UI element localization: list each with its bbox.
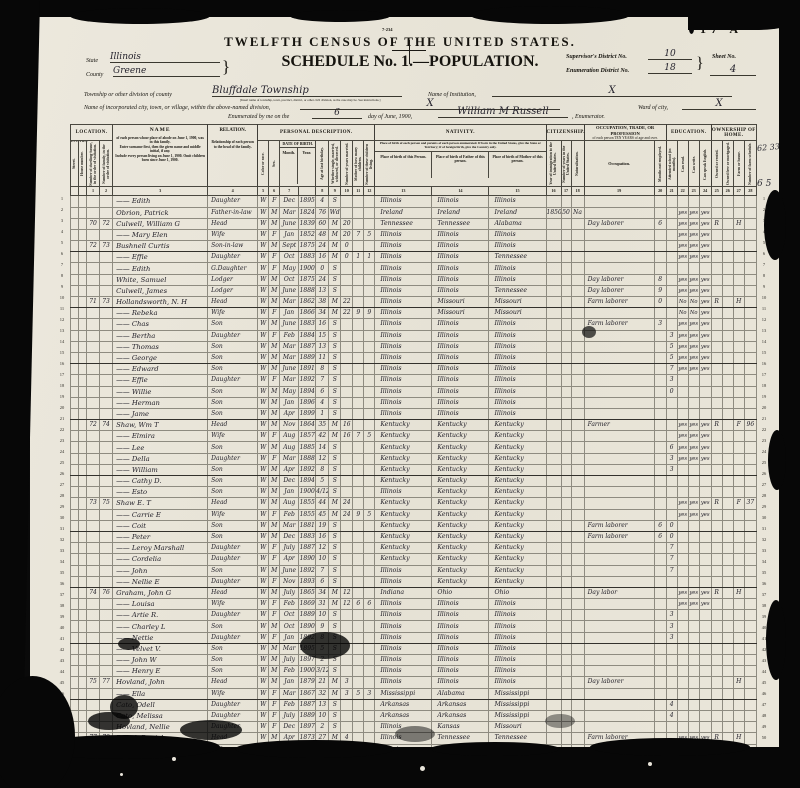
- cell-ag: 60: [316, 218, 329, 229]
- cell-mn: [654, 666, 666, 677]
- row-number: 23: [759, 435, 769, 446]
- cell-dw: [87, 341, 100, 352]
- cell-bm: Kentucky: [489, 543, 546, 554]
- cell-oh: [711, 252, 722, 263]
- table-row: —— EffieDaughterWFMar18927SIllinoisIllin…: [71, 375, 757, 386]
- row-number: 19: [759, 391, 769, 402]
- cell-rd: yes: [677, 330, 688, 341]
- cell-bf: Illinois: [432, 319, 489, 330]
- cell-rl: Son: [208, 655, 258, 666]
- cell-of: [722, 386, 733, 397]
- cell-wr: yes: [688, 587, 699, 598]
- cell-sc: [666, 420, 677, 431]
- cell-ag: 21: [316, 677, 329, 688]
- cell-st: [71, 576, 79, 587]
- cell-wr: yes: [688, 498, 699, 509]
- cell-of: [722, 677, 733, 688]
- cell-sc: 3: [666, 632, 677, 643]
- cell-bf: Kentucky: [432, 431, 489, 442]
- enumeration-district-label: Enumeration District No.: [566, 68, 629, 74]
- cell-dw: [87, 509, 100, 520]
- cell-mc: [353, 554, 364, 565]
- cell-fs: [744, 688, 756, 699]
- cell-fs: [744, 655, 756, 666]
- cell-sx: F: [269, 330, 280, 341]
- cell-bf: Kentucky: [432, 565, 489, 576]
- cell-mn: [654, 386, 666, 397]
- cell-nm: —— Mary Elen: [113, 229, 208, 240]
- cell-mc: [353, 297, 364, 308]
- cell-dw: [87, 252, 100, 263]
- cell-fs: [744, 397, 756, 408]
- home-title: OWNERSHIP OF HOME.: [712, 128, 756, 138]
- row-number: 9: [57, 281, 67, 292]
- cell-hn: [79, 509, 87, 520]
- cell-st: [71, 464, 79, 475]
- cell-mn: [654, 207, 666, 218]
- ink-blot: [88, 712, 130, 730]
- cell-mn: 8: [654, 274, 666, 285]
- cell-ms: M: [329, 218, 341, 229]
- cell-na: [571, 196, 584, 207]
- cell-ms: S: [329, 520, 341, 531]
- cell-rl: Daughter: [208, 252, 258, 263]
- cell-en: [699, 621, 711, 632]
- cell-of: [722, 498, 733, 509]
- children-living-column-header: Number of these children living.: [364, 141, 375, 187]
- cell-sx: F: [269, 710, 280, 721]
- cell-im: [546, 576, 561, 587]
- cell-cl: [364, 375, 375, 386]
- cell-bp: Kentucky: [375, 531, 432, 542]
- cell-yu: 50: [561, 207, 571, 218]
- cell-im: [546, 364, 561, 375]
- cell-rl: Son: [208, 341, 258, 352]
- cell-im: [546, 397, 561, 408]
- cell-mo: Dec: [280, 531, 299, 542]
- cell-yr: 1883: [299, 531, 316, 542]
- cell-mn: [654, 610, 666, 621]
- cell-mo: June: [280, 565, 299, 576]
- cell-mo: July: [280, 587, 299, 598]
- cell-bm: Missouri: [489, 297, 546, 308]
- cell-fh: [733, 688, 744, 699]
- cell-ag: 38: [316, 297, 329, 308]
- cell-st: [71, 229, 79, 240]
- column-number: 19: [584, 187, 654, 196]
- marital-label: Whether single, married, widowed, or div…: [331, 142, 339, 186]
- cell-rd: [677, 621, 688, 632]
- cell-en: [699, 710, 711, 721]
- cell-hn: [79, 487, 87, 498]
- county-label: County: [86, 72, 103, 78]
- citizenship-group-header: CITIZENSHIP.: [546, 125, 584, 141]
- township-label: Township or other division of county: [84, 92, 172, 98]
- cell-na: [571, 297, 584, 308]
- cell-hn: [79, 274, 87, 285]
- cell-ag: 16: [316, 531, 329, 542]
- cell-wr: [688, 699, 699, 710]
- cell-rl: Daughter: [208, 330, 258, 341]
- cell-bf: Illinois: [432, 599, 489, 610]
- cell-ym: [341, 274, 353, 285]
- cell-fm: 74: [100, 420, 113, 431]
- cell-yr: 1889: [299, 610, 316, 621]
- row-number: 11: [759, 303, 769, 314]
- cell-mo: Dec: [280, 476, 299, 487]
- cell-mn: [654, 565, 666, 576]
- state-label: State: [86, 58, 98, 64]
- cell-rd: [677, 397, 688, 408]
- cell-bf: Tennessee: [432, 218, 489, 229]
- cell-mo: May: [280, 263, 299, 274]
- cell-bf: Illinois: [432, 252, 489, 263]
- cell-na: [571, 621, 584, 632]
- cell-cl: [364, 464, 375, 475]
- cell-of: [722, 196, 733, 207]
- cell-ag: 12: [316, 543, 329, 554]
- cell-rl: Head: [208, 420, 258, 431]
- cell-yu: [561, 229, 571, 240]
- cell-ym: [341, 442, 353, 453]
- cell-st: [71, 431, 79, 442]
- cell-fs: [744, 252, 756, 263]
- cell-hn: [79, 576, 87, 587]
- column-number: 6: [269, 187, 280, 196]
- cell-bm: Kentucky: [489, 464, 546, 475]
- cell-fm: [100, 554, 113, 565]
- cell-sx: M: [269, 207, 280, 218]
- cell-wr: [688, 464, 699, 475]
- cell-wr: yes: [688, 319, 699, 330]
- cell-mn: 3: [654, 319, 666, 330]
- name-subtext: of each person whose place of abode on J…: [116, 136, 204, 144]
- cell-hn: [79, 319, 87, 330]
- cell-oh: [711, 408, 722, 419]
- cell-yu: [561, 453, 571, 464]
- cell-rd: [677, 554, 688, 565]
- cell-en: yes: [699, 420, 711, 431]
- cell-bp: Kentucky: [375, 464, 432, 475]
- row-number: 32: [759, 534, 769, 545]
- cell-nm: —— Bertha: [113, 330, 208, 341]
- cell-rl: Wife: [208, 308, 258, 319]
- enumerated-mid: day of June, 1900,: [368, 114, 412, 120]
- cell-bf: Kentucky: [432, 453, 489, 464]
- cell-oh: [711, 643, 722, 654]
- cell-bf: Illinois: [432, 285, 489, 296]
- cell-ym: 12: [341, 587, 353, 598]
- cell-yr: 1885: [299, 442, 316, 453]
- cell-fh: [733, 531, 744, 542]
- cell-dw: [87, 543, 100, 554]
- cell-mn: 6: [654, 520, 666, 531]
- cell-hn: [79, 207, 87, 218]
- cell-fm: [100, 319, 113, 330]
- cell-mc: 1: [353, 252, 364, 263]
- row-number: 26: [57, 468, 67, 479]
- cell-en: [699, 520, 711, 531]
- cell-rl: Son: [208, 464, 258, 475]
- cell-fh: [733, 487, 744, 498]
- cell-mn: [654, 655, 666, 666]
- cell-c: W: [258, 464, 269, 475]
- cell-mc: 7: [353, 229, 364, 240]
- cell-mc: [353, 330, 364, 341]
- cell-na: [571, 408, 584, 419]
- cell-bm: Illinois: [489, 330, 546, 341]
- cell-c: W: [258, 397, 269, 408]
- cell-rd: yes: [677, 285, 688, 296]
- cell-rd: yes: [677, 252, 688, 263]
- cell-na: [571, 431, 584, 442]
- scan-speck: [120, 773, 123, 776]
- cell-bf: Illinois: [432, 364, 489, 375]
- cell-fh: [733, 520, 744, 531]
- mother-of-column-header: Mother of how many children.: [353, 141, 364, 187]
- color-label: Color or race.: [261, 142, 265, 186]
- cell-fh: [733, 453, 744, 464]
- cell-fs: [744, 297, 756, 308]
- cell-ms: S: [329, 364, 341, 375]
- cell-fm: [100, 655, 113, 666]
- cell-en: [699, 375, 711, 386]
- cell-bp: Illinois: [375, 397, 432, 408]
- column-number: 10: [341, 187, 353, 196]
- cell-mo: June: [280, 218, 299, 229]
- cell-nm: —— Nellie E: [113, 576, 208, 587]
- table-row: —— NettieDaughterWFJan18928SIllinoisIlli…: [71, 632, 757, 643]
- cell-bm: Illinois: [489, 341, 546, 352]
- cell-mo: Feb: [280, 330, 299, 341]
- cell-oh: [711, 386, 722, 397]
- relation-group-header: RELATION. Relationship of each person to…: [208, 125, 258, 187]
- cell-ag: 12: [316, 453, 329, 464]
- cell-ms: M: [329, 498, 341, 509]
- cell-bm: Illinois: [489, 397, 546, 408]
- cell-ym: 3: [341, 688, 353, 699]
- cell-c: W: [258, 520, 269, 531]
- cell-cl: [364, 632, 375, 643]
- county-value: Greene: [113, 66, 220, 77]
- cell-sx: M: [269, 352, 280, 363]
- cell-c: W: [258, 341, 269, 352]
- cell-sc: 0: [666, 386, 677, 397]
- cell-fh: [733, 352, 744, 363]
- cell-nm: —— Cordelia: [113, 554, 208, 565]
- cell-sc: 3: [666, 330, 677, 341]
- cell-oc: [584, 241, 654, 252]
- cell-ms: S: [329, 375, 341, 386]
- cell-fm: [100, 229, 113, 240]
- cell-hn: [79, 710, 87, 721]
- cell-yr: 1862: [299, 297, 316, 308]
- month-label: Month.: [280, 148, 297, 184]
- cell-rd: yes: [677, 420, 688, 431]
- row-number: 13: [759, 325, 769, 336]
- cell-ag: 13: [316, 285, 329, 296]
- cell-yu: [561, 285, 571, 296]
- cell-c: W: [258, 487, 269, 498]
- cell-fh: H: [733, 218, 744, 229]
- nativity-group-header: NATIVITY.: [375, 125, 546, 141]
- cell-bp: Illinois: [375, 352, 432, 363]
- cell-wr: yes: [688, 442, 699, 453]
- row-number: 24: [57, 446, 67, 457]
- cell-oh: [711, 487, 722, 498]
- cell-en: yes: [699, 352, 711, 363]
- city-label: Name of incorporated city, town, or vill…: [84, 105, 270, 111]
- cell-fh: [733, 610, 744, 621]
- cell-na: Na: [571, 207, 584, 218]
- cell-wr: [688, 408, 699, 419]
- cell-oh: R: [711, 297, 722, 308]
- cell-im: [546, 610, 561, 621]
- cell-mn: 9: [654, 285, 666, 296]
- column-number: [299, 187, 316, 196]
- cell-mn: [654, 241, 666, 252]
- cell-cl: [364, 285, 375, 296]
- sex-label: Sex.: [272, 142, 276, 186]
- cell-dw: [87, 464, 100, 475]
- cell-bp: Kentucky: [375, 509, 432, 520]
- cell-sx: M: [269, 386, 280, 397]
- cell-na: [571, 655, 584, 666]
- cell-mc: [353, 565, 364, 576]
- cell-sc: [666, 509, 677, 520]
- cell-dw: [87, 207, 100, 218]
- cell-dw: [87, 599, 100, 610]
- cell-bf: Missouri: [432, 308, 489, 319]
- row-number: 46: [759, 688, 769, 699]
- cell-ym: 12: [341, 599, 353, 610]
- row-number: 28: [57, 490, 67, 501]
- dob-column-header: DATE OF BIRTH. Month. Year.: [280, 141, 316, 187]
- cell-sx: M: [269, 274, 280, 285]
- cell-fs: [744, 610, 756, 621]
- cell-st: [71, 554, 79, 565]
- cell-ag: 45: [316, 509, 329, 520]
- cell-ms: S: [329, 610, 341, 621]
- table-row: —— EllaWifeWFMar186732M353MississippiAla…: [71, 688, 757, 699]
- personal-description-group-header: PERSONAL DESCRIPTION.: [258, 125, 375, 141]
- cell-fm: [100, 431, 113, 442]
- cell-na: [571, 576, 584, 587]
- row-number: 34: [57, 556, 67, 567]
- cell-bp: Illinois: [375, 487, 432, 498]
- cell-bm: Illinois: [489, 319, 546, 330]
- cell-bm: Kentucky: [489, 476, 546, 487]
- cell-sc: [666, 285, 677, 296]
- cell-sc: [666, 666, 677, 677]
- enumerated-prefix: Enumerated by me on the: [228, 114, 289, 120]
- row-number: 21: [57, 413, 67, 424]
- cell-yr: 1896: [299, 397, 316, 408]
- cell-bm: Illinois: [489, 386, 546, 397]
- cell-wr: [688, 531, 699, 542]
- column-number: [71, 187, 79, 196]
- cell-im: [546, 252, 561, 263]
- table-row: —— ChasSonWMJune188316SIllinoisIllinoisI…: [71, 319, 757, 330]
- cell-yu: [561, 476, 571, 487]
- cell-rd: [677, 666, 688, 677]
- table-row: —— HermanSonWMJan18964SIllinoisIllinoisI…: [71, 397, 757, 408]
- cell-bm: Kentucky: [489, 420, 546, 431]
- column-number: 28: [744, 187, 756, 196]
- cell-en: [699, 487, 711, 498]
- cell-bm: Kentucky: [489, 487, 546, 498]
- cell-mo: Sept: [280, 241, 299, 252]
- cell-fs: [744, 274, 756, 285]
- row-number: 14: [57, 336, 67, 347]
- table-row: Culwell, JamesLodgerWMJune188813SIllinoi…: [71, 285, 757, 296]
- row-number: 15: [57, 347, 67, 358]
- cell-oc: [584, 655, 654, 666]
- cell-bm: Illinois: [489, 263, 546, 274]
- cell-ag: 19: [316, 520, 329, 531]
- cell-bp: Illinois: [375, 308, 432, 319]
- cell-c: W: [258, 196, 269, 207]
- cell-bf: Kentucky: [432, 476, 489, 487]
- cell-na: [571, 520, 584, 531]
- cell-wr: [688, 196, 699, 207]
- cell-fh: [733, 599, 744, 610]
- column-number: [79, 187, 87, 196]
- cell-en: yes: [699, 599, 711, 610]
- cell-ag: 2: [316, 722, 329, 733]
- cell-mc: [353, 498, 364, 509]
- cell-en: [699, 476, 711, 487]
- cell-fs: [744, 308, 756, 319]
- cell-fh: [733, 274, 744, 285]
- cell-mo: Feb: [280, 699, 299, 710]
- cell-en: yes: [699, 498, 711, 509]
- cell-fm: [100, 565, 113, 576]
- cell-dw: [87, 610, 100, 621]
- cell-sc: [666, 196, 677, 207]
- cell-fs: [744, 666, 756, 677]
- cell-yu: [561, 263, 571, 274]
- cell-en: yes: [699, 330, 711, 341]
- cell-bm: Kentucky: [489, 442, 546, 453]
- scan-speck: [648, 762, 652, 766]
- cell-cl: [364, 341, 375, 352]
- cell-fm: [100, 599, 113, 610]
- cell-bp: Illinois: [375, 196, 432, 207]
- cell-of: [722, 576, 733, 587]
- row-number: 37: [57, 589, 67, 600]
- cell-fh: [733, 666, 744, 677]
- house-column-header: House number.: [79, 141, 87, 187]
- cell-hn: [79, 196, 87, 207]
- cell-bf: Missouri: [432, 297, 489, 308]
- cell-mc: [353, 364, 364, 375]
- cell-mc: [353, 263, 364, 274]
- cell-yr: 1869: [299, 599, 316, 610]
- table-row: —— EdithG.DaughterWFMay19000SIllinoisIll…: [71, 263, 757, 274]
- cell-bp: Indiana: [375, 587, 432, 598]
- cell-wr: [688, 710, 699, 721]
- cell-im: [546, 677, 561, 688]
- cell-wr: [688, 576, 699, 587]
- cell-bf: Illinois: [432, 666, 489, 677]
- cell-dw: [87, 408, 100, 419]
- cell-fm: [100, 341, 113, 352]
- cell-mo: Mar: [280, 375, 299, 386]
- cell-yu: [561, 554, 571, 565]
- cell-hn: [79, 643, 87, 654]
- age-label: Age at last birthday.: [320, 142, 324, 186]
